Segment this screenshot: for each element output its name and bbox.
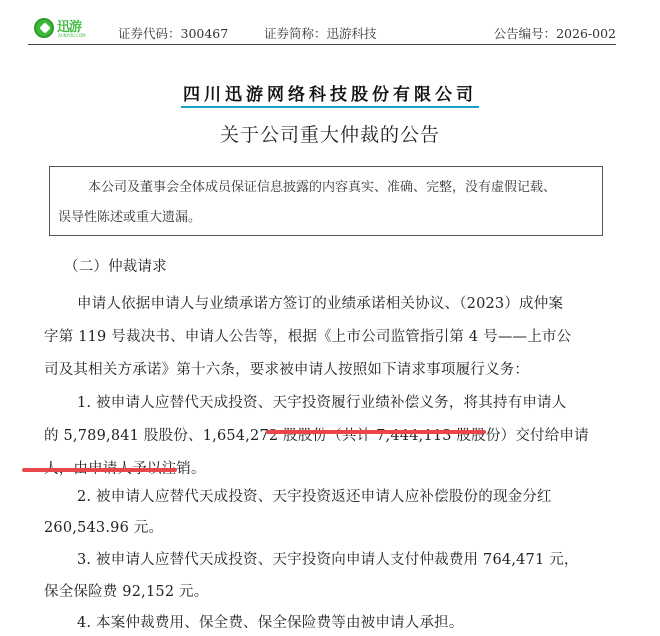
item-2-line-2: 260,543.96 元。 <box>44 516 163 537</box>
stock-name: 证券简称：迅游科技 <box>264 24 377 42</box>
logo-sub-text: XUNYOU.COM <box>58 33 86 38</box>
company-name-block: 四川迅游网络科技股份有限公司 <box>0 80 660 105</box>
item-4-line-1: 4. 本案仲裁费用、保全费、保全保险费等由被申请人承担。 <box>77 611 464 632</box>
highlight-underline-1 <box>266 430 486 434</box>
item-2-line-1: 2. 被申请人应替代天成投资、天宇投资返还申请人应补偿股份的现金分红 <box>77 485 552 506</box>
item-1-line-1: 1. 被申请人应替代天成投资、天宇投资履行业绩补偿义务，将其持有申请人 <box>77 391 566 412</box>
item-1-line-2: 的 5,789,841 股股份、1,654,272 股股份（共计 7,444,1… <box>44 424 589 445</box>
xunyou-logo-icon <box>34 18 54 38</box>
xunyou-logo: 迅游 XUNYOU.COM <box>34 16 96 42</box>
announcement-number: 公告编号：2026-002 <box>494 24 616 42</box>
intro-line-3: 司及其相关方承诺》第十六条，要求被申请人按照如下请求事项履行义务： <box>44 358 529 379</box>
intro-line-2: 字第 119 号裁决书、申请人公告等，根据《上市公司监管指引第 4 号——上市公 <box>44 325 571 346</box>
company-name: 四川迅游网络科技股份有限公司 <box>181 85 479 108</box>
highlight-underline-2 <box>22 468 177 472</box>
announcement-title: 关于公司重大仲裁的公告 <box>0 120 660 147</box>
item-3-line-1: 3. 被申请人应替代天成投资、天宇投资向申请人支付仲裁费用 764,471 元， <box>77 548 579 569</box>
document-header: 迅游 XUNYOU.COM 证券代码：300467 证券简称：迅游科技 公告编号… <box>28 16 616 45</box>
disclaimer-box: 本公司及董事会全体成员保证信息披露的内容真实、准确、完整，没有虚假记载、 误导性… <box>49 166 603 236</box>
item-3-line-2: 保全保险费 92,152 元。 <box>44 580 208 601</box>
intro-line-1: 申请人依据申请人与业绩承诺方签订的业绩承诺相关协议、（2023）成仲案 <box>77 292 563 313</box>
disclaimer-line-1: 本公司及董事会全体成员保证信息披露的内容真实、准确、完整，没有虚假记载、 <box>88 173 556 203</box>
stock-code: 证券代码：300467 <box>118 24 228 42</box>
disclaimer-line-2: 误导性陈述或重大遗漏。 <box>58 203 201 233</box>
section-heading: （二）仲裁请求 <box>64 255 167 276</box>
